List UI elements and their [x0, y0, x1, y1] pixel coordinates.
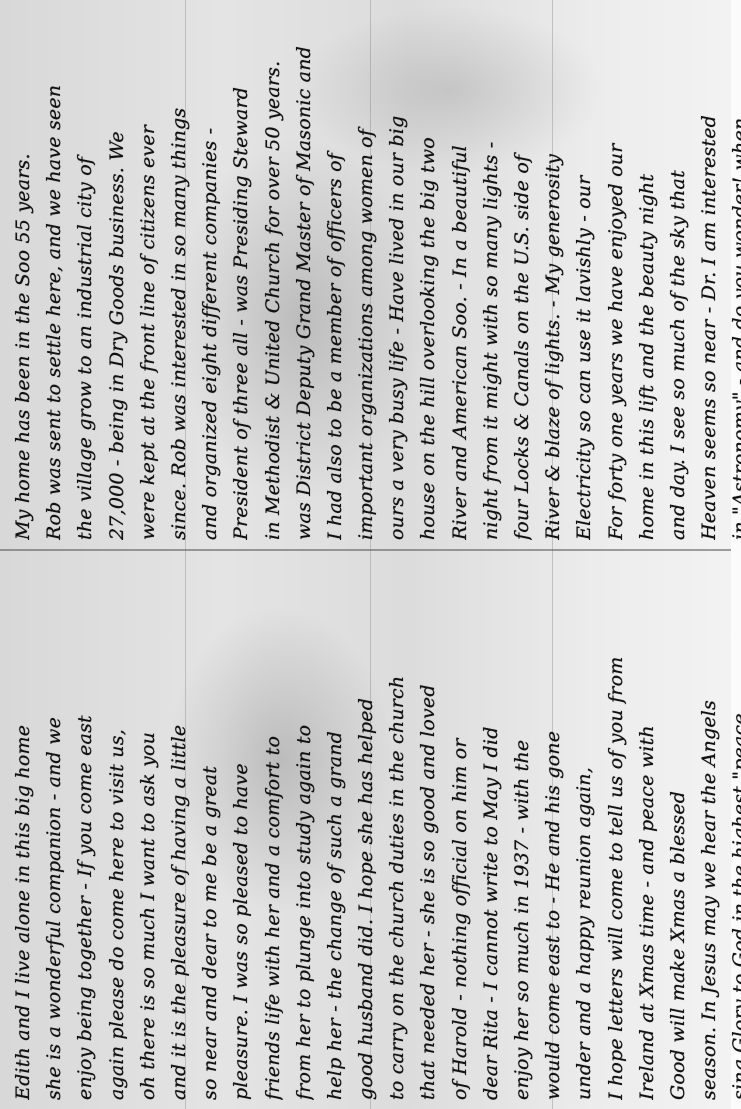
handwritten-line: were kept at the front line of citizens …: [133, 10, 164, 540]
handwritten-line: help her - the change of such a grand: [320, 560, 351, 1100]
handwritten-line: under and a happy reunion again,: [569, 560, 600, 1100]
handwritten-line: season. In Jesus may we hear the Angels: [694, 560, 725, 1100]
letter-text-bottom: Edith and I live alone in this big homes…: [8, 560, 741, 1100]
handwritten-line: of Harold - nothing official on him or: [445, 560, 476, 1100]
handwritten-line: Electricity so can use it lavishly - our: [569, 10, 600, 540]
handwritten-line: night from it might with so many lights …: [476, 10, 507, 540]
handwritten-line: good husband did. I hope she has helped: [351, 560, 382, 1100]
handwritten-line: in "Astronomy" - and do you wonder! when: [725, 10, 741, 540]
handwritten-line: and day. I see so much of the sky that: [663, 10, 694, 540]
handwritten-line: ours a very busy life - Have lived in ou…: [382, 10, 413, 540]
handwritten-line: enjoy her so much in 1937 - with the: [507, 560, 538, 1100]
handwritten-line: that needed her - she is so good and lov…: [413, 560, 444, 1100]
handwritten-line: and organized eight different companies …: [195, 10, 226, 540]
handwritten-line: dear Rita - I cannot write to May I did: [476, 560, 507, 1100]
handwritten-line: I hope letters will come to tell us of y…: [601, 560, 632, 1100]
handwritten-line: sing Glory to God in the highest "peace: [725, 560, 741, 1100]
letter-text-top: My home has been in the Soo 55 years.Rob…: [8, 10, 741, 540]
handwritten-line: the village grow to an industrial city o…: [70, 10, 101, 540]
handwritten-line: important organizations among women of: [351, 10, 382, 540]
handwritten-line: I had also to be a member of officers of: [320, 10, 351, 540]
handwritten-line: oh there is so much I want to ask you: [133, 560, 164, 1100]
handwritten-line: in Methodist & United Church for over 50…: [258, 10, 289, 540]
handwritten-line: River & blaze of lights. - My generosity: [538, 10, 569, 540]
handwritten-line: she is a wonderful companion - and we: [39, 560, 70, 1100]
handwritten-line: Ireland at Xmas time - and peace with: [632, 560, 663, 1100]
handwritten-line: Heaven seems so near - Dr. I am interest…: [694, 10, 725, 540]
handwritten-line: from her to plunge into study again to: [289, 560, 320, 1100]
scanned-letter: Edith and I live alone in this big homes…: [0, 0, 741, 1109]
handwritten-line: President of three all - was Presiding S…: [226, 10, 257, 540]
handwritten-line: was District Deputy Grand Master of Maso…: [289, 10, 320, 540]
handwritten-line: For forty one years we have enjoyed our: [601, 10, 632, 540]
handwritten-line: so near and dear to me be a great: [195, 560, 226, 1100]
handwritten-line: My home has been in the Soo 55 years.: [8, 10, 39, 540]
handwritten-line: 27,000 - being in Dry Goods business. We: [102, 10, 133, 540]
handwritten-line: since. Rob was interested in so many thi…: [164, 10, 195, 540]
handwritten-line: friends life with her and a comfort to: [258, 560, 289, 1100]
handwritten-line: enjoy being together - If you come east: [70, 560, 101, 1100]
handwritten-line: again please do come here to visit us,: [102, 560, 133, 1100]
handwritten-line: home in this lift and the beauty night: [632, 10, 663, 540]
handwritten-line: pleasure. I was so pleased to have: [226, 560, 257, 1100]
handwritten-line: River and American Soo. - In a beautiful: [445, 10, 476, 540]
handwritten-line: Edith and I live alone in this big home: [8, 560, 39, 1100]
handwritten-line: to carry on the church duties in the chu…: [382, 560, 413, 1100]
handwritten-line: house on the hill overlooking the big tw…: [413, 10, 444, 540]
handwritten-line: would come east to - He and his gone: [538, 560, 569, 1100]
handwritten-line: and it is the pleasure of having a littl…: [164, 560, 195, 1100]
handwritten-line: Good will make Xmas a blessed: [663, 560, 694, 1100]
handwritten-line: Rob was sent to settle here, and we have…: [39, 10, 70, 540]
handwritten-line: four Locks & Canals on the U.S. side of: [507, 10, 538, 540]
